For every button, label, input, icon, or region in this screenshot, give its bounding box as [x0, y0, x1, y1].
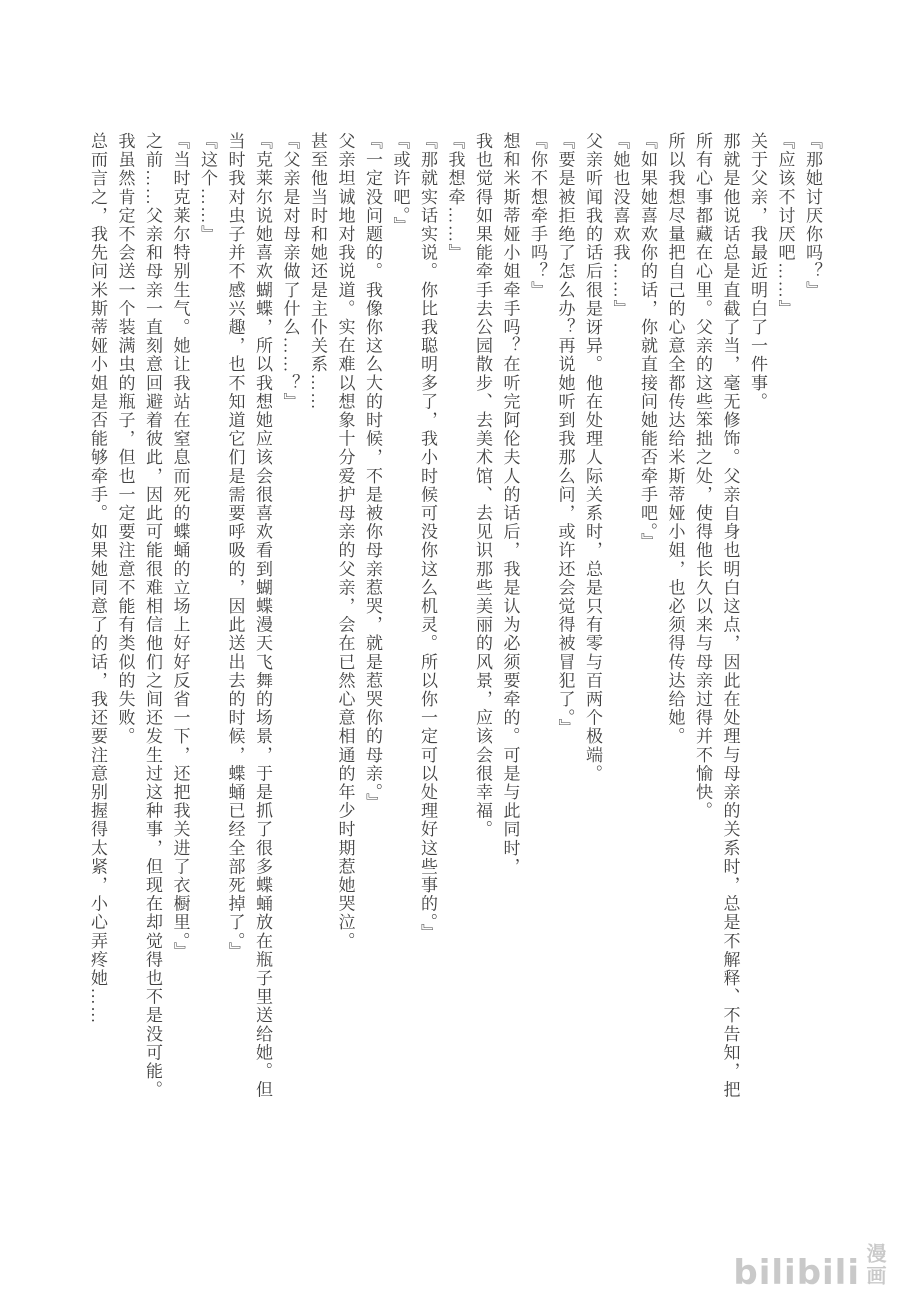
novel-line: 『一定没问题的。我像你这么大的时候，不是被你母亲惹哭，就是惹哭你的母亲。』	[359, 132, 387, 1102]
novel-line: 『这个……』	[194, 132, 222, 1102]
novel-line: 『那就实话实说。你比我聪明多了，我小时候可没你这么机灵。所以你一定可以处理好这些…	[414, 132, 442, 1102]
novel-line: 总而言之，我先问米斯蒂娅小姐是否能够牵手。如果她同意了的话，我还要注意别握得太紧…	[84, 132, 112, 1102]
novel-line: 『她也没喜欢我……』	[606, 132, 634, 1102]
novel-line: 『克莱尔说她喜欢蝴蝶，所以我想她应该会很喜欢看到蝴蝶漫天飞舞的场景，于是抓了很多…	[221, 132, 276, 1102]
novel-line: 想和米斯蒂娅小姐牵手吗？在听完阿伦夫人的话后，我是认为必须要牵的。可是与此同时，	[496, 132, 524, 1102]
novel-line: 甚至他当时和她还是主仆关系……	[304, 132, 332, 1102]
novel-line: 之前……父亲和母亲一直刻意回避着彼此，因此可能很难相信他们之间还发生过这种事，但…	[139, 132, 167, 1102]
novel-line: 『父亲是对母亲做了什么……？』	[276, 132, 304, 1102]
novel-line: 『你不想牵手吗？』	[524, 132, 552, 1102]
novel-line: 『我想牵……』	[441, 132, 469, 1102]
novel-line: 『应该不讨厌吧……』	[771, 132, 799, 1102]
manga-page-canvas[interactable]: 『那她讨厌你吗？』 『应该不讨厌吧……』 关于父亲，我最近明白了一件事。 那就是…	[0, 0, 900, 1302]
novel-line: 『如果她喜欢你的话，你就直接问她能否牵手吧。』	[634, 132, 662, 1102]
novel-line: 我也觉得如果能牵手去公园散步、去美术馆、去见识那些美丽的风景，应该会很幸福。	[469, 132, 497, 1102]
novel-line: 父亲坦诚地对我说道。实在难以想象十分爱护母亲的父亲，会在已然心意相通的年少时期惹…	[331, 132, 359, 1102]
novel-line: 我虽然肯定不会送一个装满虫的瓶子，但也一定要注意不能有类似的失败。	[111, 132, 139, 1102]
novel-line: 那就是他说话总是直截了当，毫无修饰。父亲自身也明白这点，因此在处理与母亲的关系时…	[689, 132, 744, 1102]
novel-line: 『那她讨厌你吗？』	[799, 132, 827, 1102]
manga-label: 漫画	[865, 1243, 885, 1289]
novel-line: 关于父亲，我最近明白了一件事。	[744, 132, 772, 1102]
novel-line: 『或许吧。』	[386, 132, 414, 1102]
bilibili-watermark: bilibili 漫画	[733, 1243, 885, 1289]
novel-line: 『要是被拒绝了怎么办？再说她听到我那么问，或许还会觉得被冒犯了。』	[551, 132, 579, 1102]
novel-line: 父亲听闻我的话后很是讶异。他在处理人际关系时，总是只有零与百两个极端。	[579, 132, 607, 1102]
novel-line: 『当时克莱尔特别生气。她让我站在窒息而死的蝶蛹的立场上好好反省一下，还把我关进了…	[166, 132, 194, 1102]
novel-text: 『那她讨厌你吗？』 『应该不讨厌吧……』 关于父亲，我最近明白了一件事。 那就是…	[84, 132, 827, 1102]
novel-line: 所以我想尽量把自己的心意全都传达给米斯蒂娅小姐，也必须得传达给她。	[661, 132, 689, 1102]
bilibili-logo: bilibili	[733, 1258, 860, 1289]
